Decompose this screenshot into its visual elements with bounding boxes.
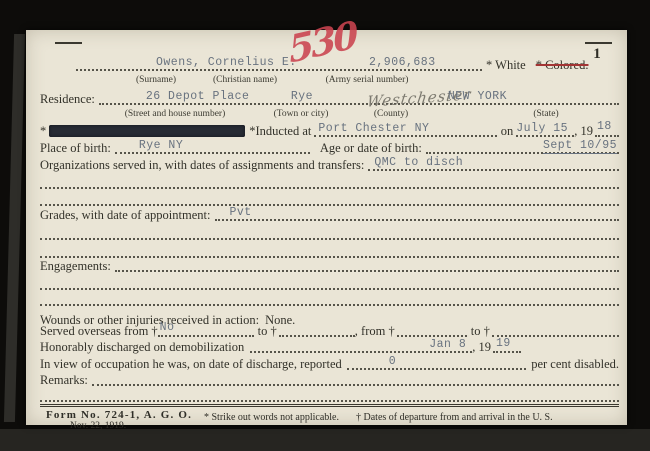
christian-name-label: (Christian name)	[195, 75, 295, 85]
engagements-label: Engagements:	[40, 260, 111, 273]
blank-line	[40, 238, 619, 240]
grades-leader: Pvt	[215, 218, 619, 221]
footer-rule	[40, 404, 619, 407]
discharge-date-value: Jan 8	[429, 338, 466, 351]
photo-background: 1 530 Owens, Cornelius E. 2,906,683 * Wh…	[0, 0, 650, 451]
colored-label-struck: * Colored.	[536, 59, 589, 72]
blank-line	[40, 400, 619, 402]
remarks-label: Remarks:	[40, 374, 88, 387]
grades-row: Grades, with date of appointment: Pvt	[40, 204, 619, 222]
organizations-leader: QMC to disch	[368, 168, 619, 171]
grades-value: Pvt	[229, 206, 251, 219]
blank-line	[40, 304, 619, 306]
induction-row: * *Inducted at Port Chester NY on July 1…	[40, 120, 619, 138]
street-value: 26 Depot Place	[146, 90, 250, 103]
surname-label: (Surname)	[106, 75, 206, 85]
grades-label: Grades, with date of appointment:	[40, 209, 210, 222]
serial-value: 2,906,683	[369, 56, 436, 69]
residence-label: Residence:	[40, 93, 95, 106]
street-label: (Street and house number)	[115, 109, 235, 119]
county-label: (County)	[351, 109, 431, 119]
dagger-footnote: † Dates of departure from and arrival in…	[356, 412, 553, 423]
residence-leader: 26 Depot Place Rye Westchester NEW YORK	[99, 102, 619, 105]
blank-line	[40, 288, 619, 290]
remarks-leader	[92, 383, 619, 386]
photo-edge-strip	[4, 34, 25, 422]
organizations-label: Organizations served in, with dates of a…	[40, 159, 364, 172]
state-value: NEW YORK	[448, 90, 507, 103]
induction-date-value: July 15	[516, 122, 568, 135]
town-label: (Town or city)	[251, 109, 351, 119]
town-value: Rye	[291, 90, 313, 103]
induction-year-value: 18	[597, 120, 612, 133]
birth-row: Place of birth: Rye NY Age or date of bi…	[40, 137, 619, 155]
age-value: Sept 10/95	[543, 139, 617, 154]
remarks-row: Remarks:	[40, 369, 619, 387]
name-row-leader: Owens, Cornelius E. 2,906,683	[76, 68, 482, 71]
name-row: Owens, Cornelius E. 2,906,683 * White * …	[40, 54, 619, 72]
engagements-leader	[115, 269, 619, 272]
discharge-row: Honorably discharged on demobilization J…	[40, 336, 619, 354]
strike-footnote: * Strike out words not applicable.	[204, 412, 339, 423]
organizations-row: Organizations served in, with dates of a…	[40, 154, 619, 172]
blank-line	[40, 187, 619, 189]
form-number: Form No. 724-1, A. G. O.	[46, 409, 192, 421]
disabled-value: 0	[389, 355, 396, 368]
top-right-dash	[585, 42, 612, 44]
engagements-row: Engagements:	[40, 255, 619, 273]
form-date: Nov. 22, 1919.	[70, 421, 126, 431]
white-label: * White	[486, 59, 526, 72]
residence-row: Residence: 26 Depot Place Rye Westcheste…	[40, 88, 619, 106]
place-of-birth-value: Rye NY	[139, 139, 183, 152]
inducted-place-value: Port Chester NY	[318, 122, 429, 135]
redaction-bar	[49, 125, 245, 137]
overseas-from1-value: No	[160, 321, 175, 334]
top-left-dash	[55, 42, 82, 44]
discharge-year-value: 19	[496, 337, 511, 350]
photo-bottom-strip	[0, 429, 650, 451]
name-value: Owens, Cornelius E.	[156, 56, 297, 69]
state-label: (State)	[506, 109, 586, 119]
army-serial-label: (Army serial number)	[307, 75, 427, 85]
organizations-value: QMC to disch	[374, 156, 463, 169]
service-record-card: 1 530 Owens, Cornelius E. 2,906,683 * Wh…	[26, 30, 627, 425]
